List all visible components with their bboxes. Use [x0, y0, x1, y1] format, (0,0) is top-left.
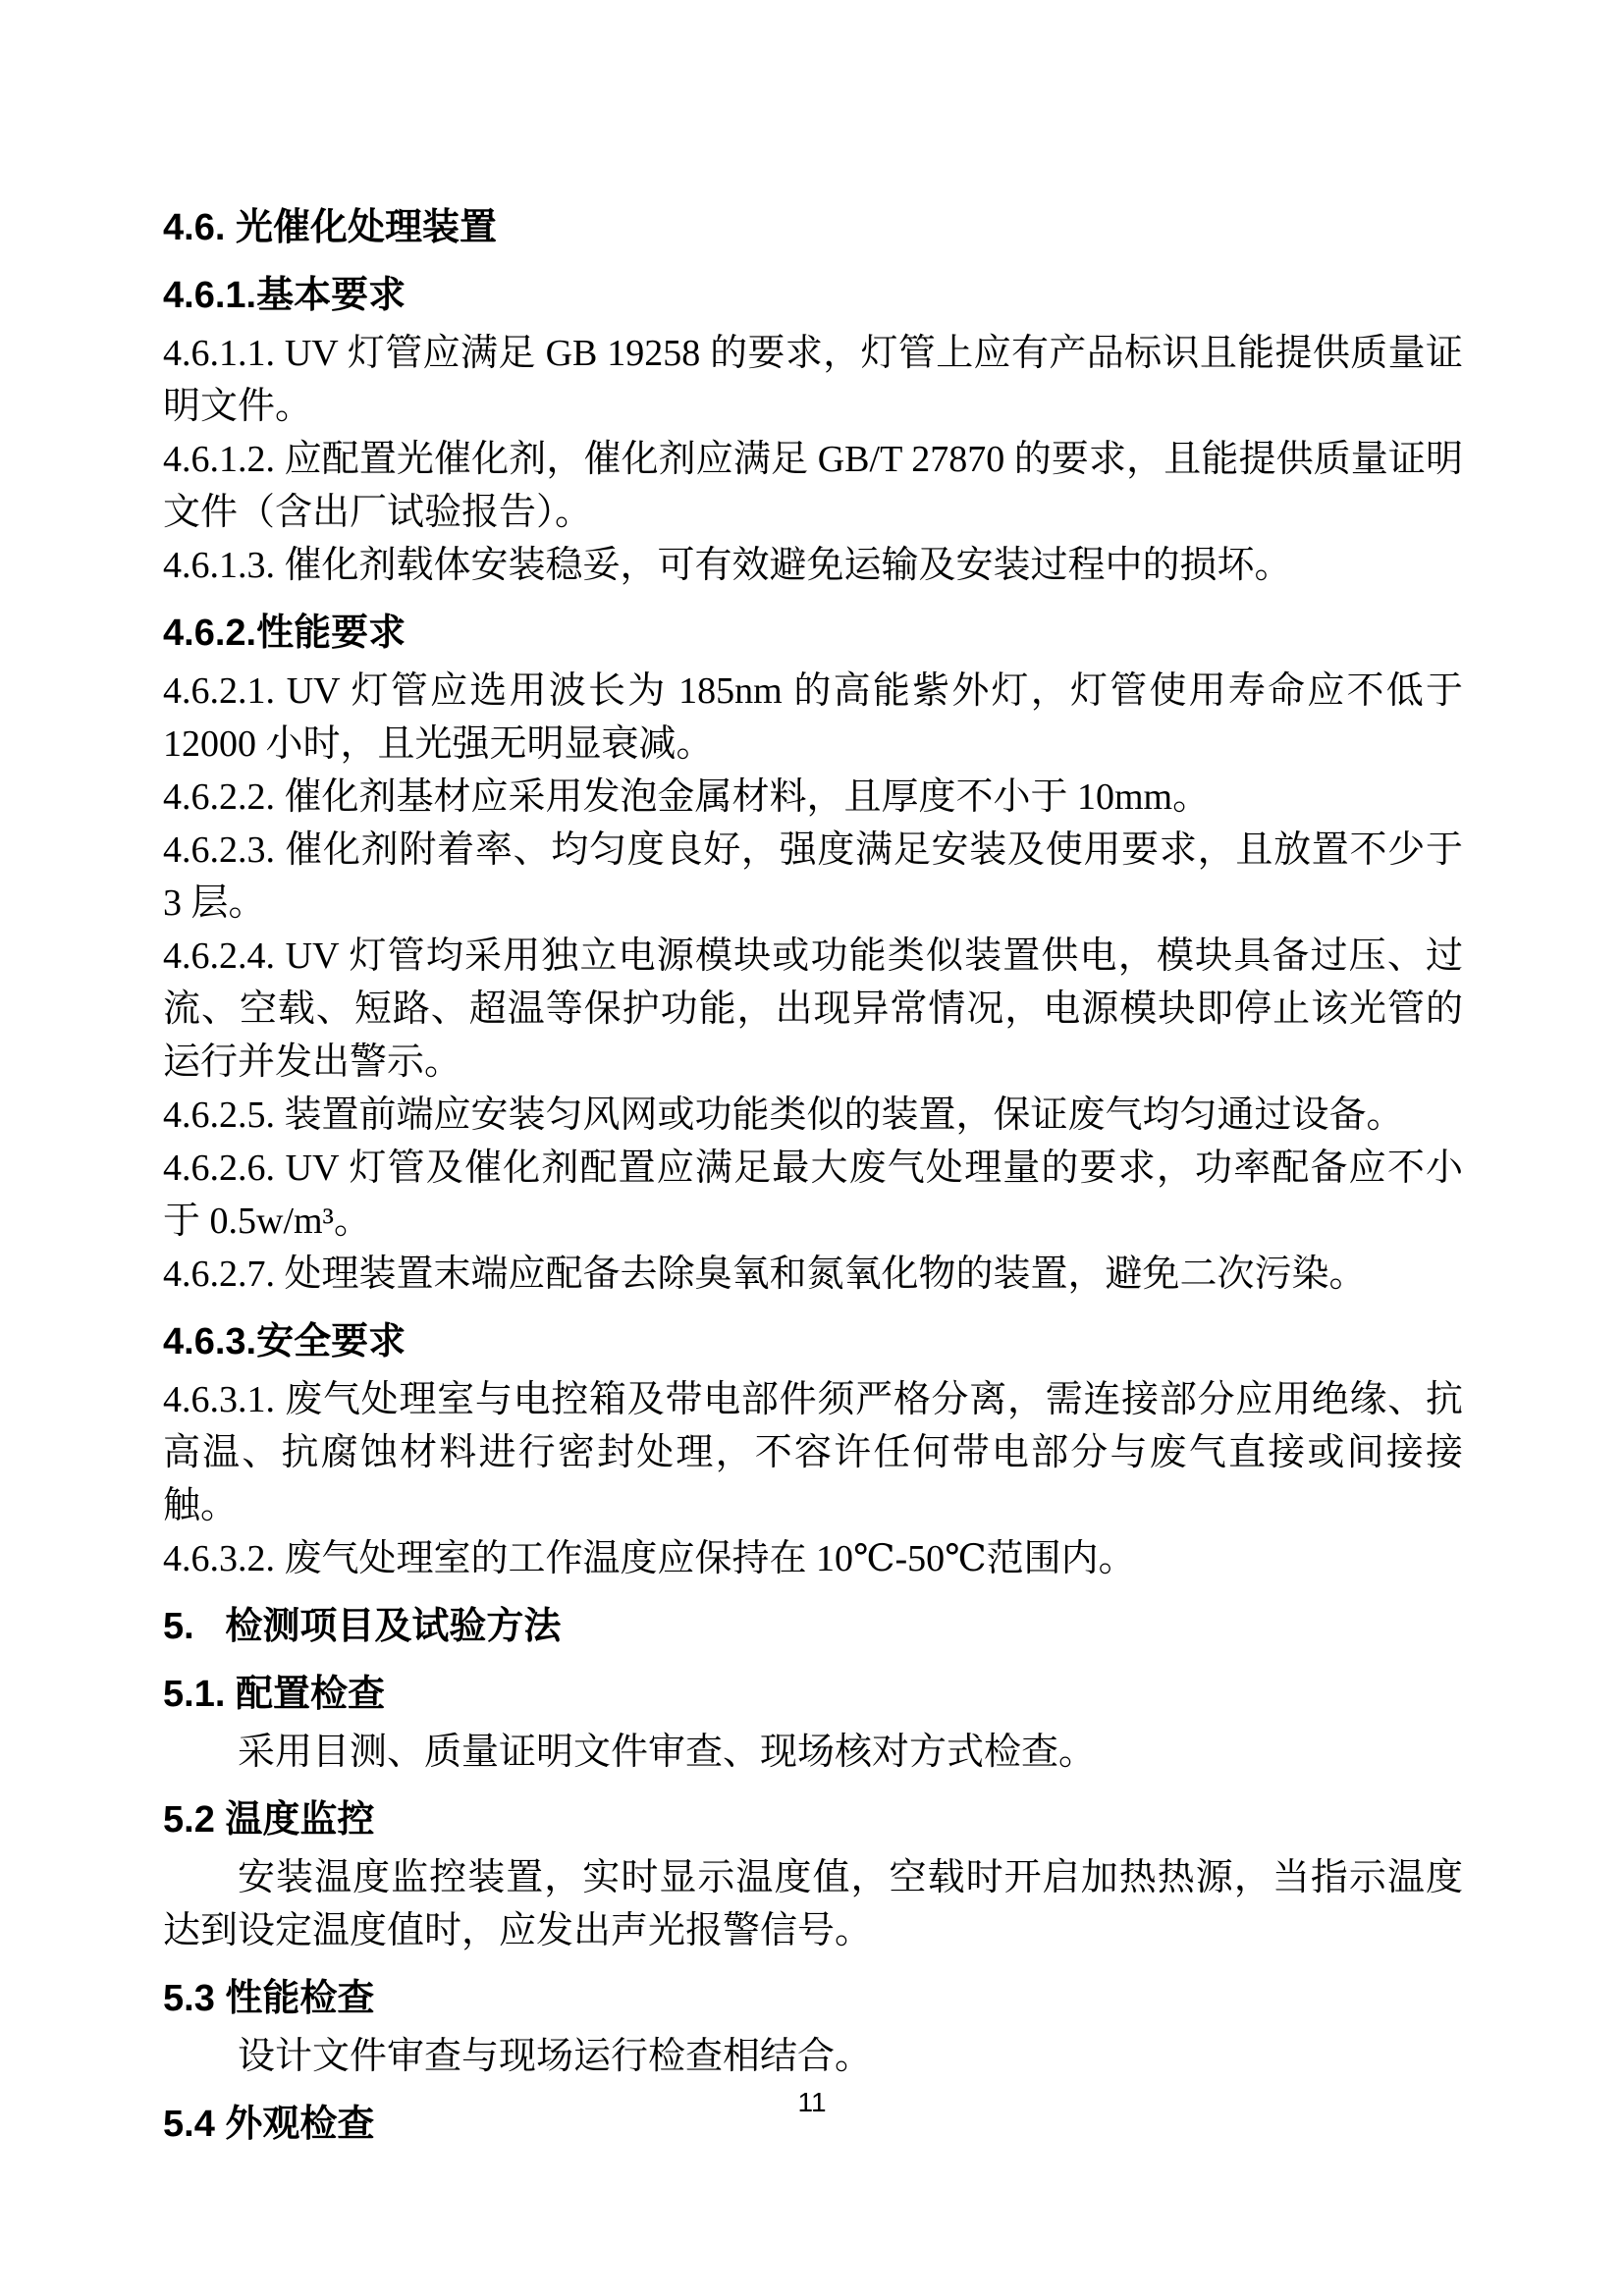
paragraph-5-1: 采用目测、质量证明文件审查、现场核对方式检查。 [163, 1726, 1463, 1779]
document-page: 4.6. 光催化处理装置 4.6.1.基本要求 4.6.1.1. UV 灯管应满… [0, 0, 1624, 2296]
document-content: 4.6. 光催化处理装置 4.6.1.基本要求 4.6.1.1. UV 灯管应满… [163, 201, 1463, 2151]
paragraph-4-6-2-2: 4.6.2.2. 催化剂基材应采用发泡金属材料，且厚度不小于 10mm。 [163, 771, 1463, 824]
page-footer: 11 [0, 2087, 1624, 2118]
paragraph-4-6-1-1: 4.6.1.1. UV 灯管应满足 GB 19258 的要求，灯管上应有产品标识… [163, 327, 1463, 433]
paragraph-4-6-2-4: 4.6.2.4. UV 灯管均采用独立电源模块或功能类似装置供电，模块具备过压、… [163, 930, 1463, 1089]
paragraph-4-6-1-2: 4.6.1.2. 应配置光催化剂，催化剂应满足 GB/T 27870 的要求，且… [163, 433, 1463, 539]
paragraph-4-6-2-3: 4.6.2.3. 催化剂附着率、均匀度良好，强度满足安装及使用要求，且放置不少于… [163, 824, 1463, 930]
paragraph-4-6-3-2: 4.6.3.2. 废气处理室的工作温度应保持在 10℃-50℃范围内。 [163, 1532, 1463, 1585]
subsection-heading-4-6-1: 4.6.1.基本要求 [163, 269, 1463, 322]
subsection-heading-4-6-2: 4.6.2.性能要求 [163, 607, 1463, 660]
paragraph-4-6-2-7: 4.6.2.7. 处理装置末端应配备去除臭氧和氮氧化物的装置，避免二次污染。 [163, 1248, 1463, 1301]
section-heading-5: 5. 检测项目及试验方法 [163, 1600, 1463, 1653]
subsection-heading-4-6-3: 4.6.3.安全要求 [163, 1315, 1463, 1368]
paragraph-5-2: 安装温度监控装置，实时显示温度值，空载时开启加热热源，当指示温度达到设定温度值时… [163, 1851, 1463, 1957]
paragraph-5-3: 设计文件审查与现场运行检查相结合。 [163, 2030, 1463, 2083]
subsection-heading-5-3: 5.3 性能检查 [163, 1972, 1463, 2025]
subsection-heading-5-2: 5.2 温度监控 [163, 1793, 1463, 1846]
section-heading-4-6: 4.6. 光催化处理装置 [163, 201, 1463, 254]
paragraph-4-6-2-6: 4.6.2.6. UV 灯管及催化剂配置应满足最大废气处理量的要求，功率配备应不… [163, 1142, 1463, 1248]
paragraph-4-6-2-1: 4.6.2.1. UV 灯管应选用波长为 185nm 的高能紫外灯，灯管使用寿命… [163, 665, 1463, 771]
page-number: 11 [797, 2087, 826, 2117]
subsection-heading-5-1: 5.1. 配置检查 [163, 1668, 1463, 1721]
paragraph-4-6-1-3: 4.6.1.3. 催化剂载体安装稳妥，可有效避免运输及安装过程中的损坏。 [163, 539, 1463, 592]
paragraph-4-6-2-5: 4.6.2.5. 装置前端应安装匀风网或功能类似的装置，保证废气均匀通过设备。 [163, 1089, 1463, 1142]
paragraph-4-6-3-1: 4.6.3.1. 废气处理室与电控箱及带电部件须严格分离，需连接部分应用绝缘、抗… [163, 1373, 1463, 1532]
